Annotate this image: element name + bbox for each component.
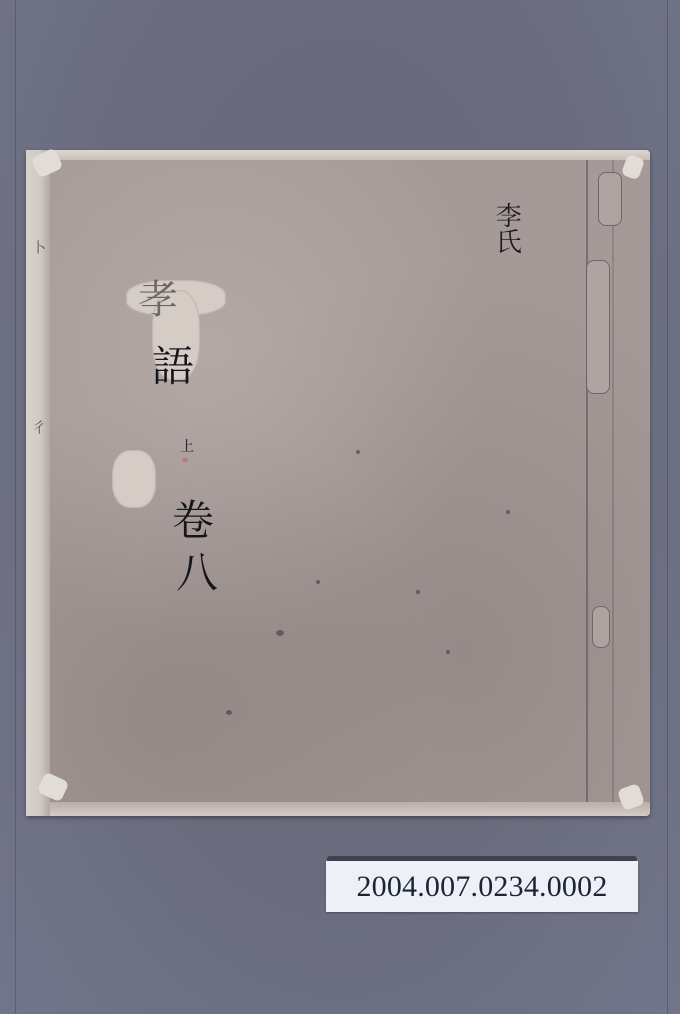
book-bottom-edge bbox=[26, 802, 650, 816]
binding-tab bbox=[598, 172, 622, 226]
binding-tab bbox=[592, 606, 610, 648]
book-top-edge bbox=[26, 150, 650, 160]
title-char: 卷 bbox=[172, 500, 214, 542]
owner-inscription: 李氏 bbox=[492, 202, 519, 254]
book-cover: 卜 彳 孝 語 上 卷 八 李氏 bbox=[26, 150, 650, 816]
paper-speck bbox=[356, 450, 360, 454]
paper-speck bbox=[316, 580, 320, 584]
title-char: 八 bbox=[176, 552, 218, 594]
title-char: 語 bbox=[152, 346, 194, 388]
title-char-small: 上 bbox=[180, 440, 194, 454]
paper-speck bbox=[446, 650, 450, 654]
title-char-partial: 孝 bbox=[138, 280, 178, 320]
paper-tear bbox=[112, 450, 156, 508]
paper-speck bbox=[506, 510, 510, 514]
spine-fragment: 卜 bbox=[28, 240, 48, 254]
backdrop-left-crease bbox=[15, 0, 16, 1014]
binding-line bbox=[586, 160, 588, 802]
binding-tab bbox=[586, 260, 610, 394]
red-seal-mark bbox=[182, 458, 188, 462]
accession-number: 2004.007.0234.0002 bbox=[356, 870, 607, 904]
paper-speck bbox=[416, 590, 420, 594]
spine-fragment: 彳 bbox=[28, 420, 48, 434]
accession-label: 2004.007.0234.0002 bbox=[326, 861, 638, 912]
backdrop-right-crease bbox=[667, 0, 668, 1014]
binding-line bbox=[612, 160, 614, 802]
paper-speck bbox=[276, 630, 284, 636]
paper-speck bbox=[226, 710, 232, 715]
